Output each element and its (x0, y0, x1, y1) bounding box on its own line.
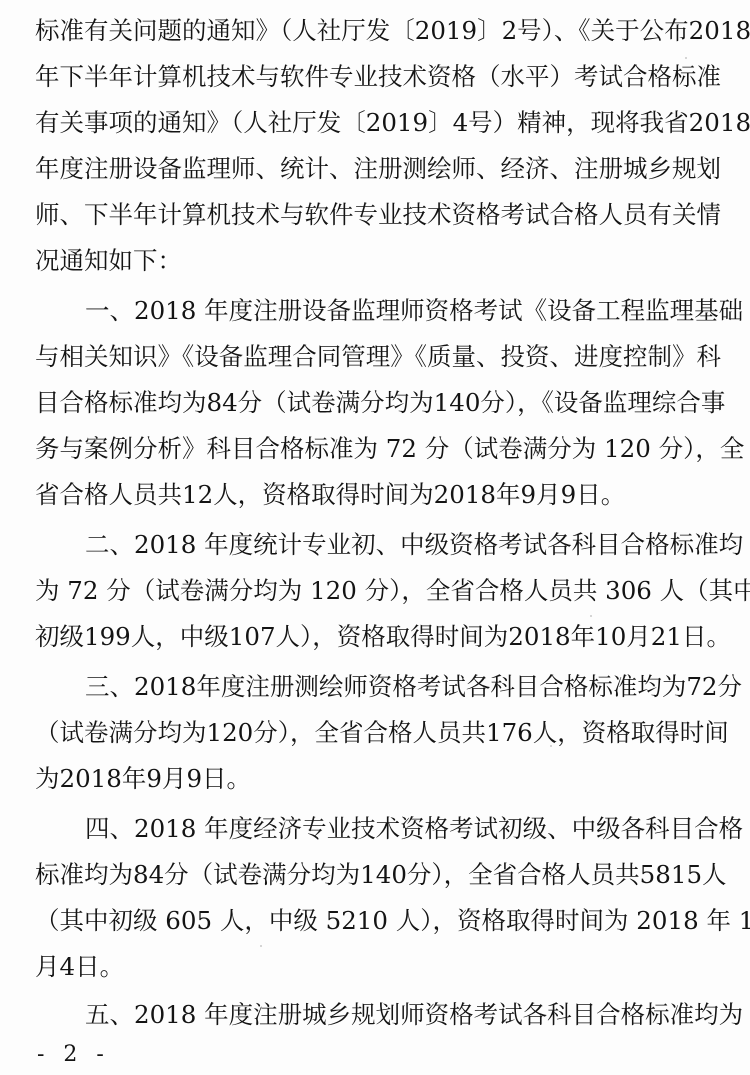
text-line: 况通知如下： (35, 246, 719, 276)
text-line: 年下半年计算机技术与软件专业技术资格（水平）考试合格标准 (35, 62, 719, 92)
section-2-heading-line: 二、2018 年度统计专业初、中级资格考试各科目合格标准均 (85, 530, 719, 560)
scan-speck (550, 745, 552, 747)
text-line: 务与案例分析》科目合格标准为 72 分（试卷满分为 120 分），全 (35, 434, 719, 464)
scan-speck (590, 615, 592, 617)
scan-speck (685, 57, 687, 59)
scan-speck (260, 945, 262, 947)
text-line: 省合格人员共12人，资格取得时间为2018年9月9日。 (35, 480, 719, 510)
section-1-heading-line: 一、2018 年度注册设备监理师资格考试《设备工程监理基础 (85, 296, 719, 326)
text-line: 年度注册设备监理师、统计、注册测绘师、经济、注册城乡规划 (35, 154, 719, 184)
scan-speck (420, 170, 422, 172)
text-line: 师、下半年计算机技术与软件专业技术资格考试合格人员有关情 (35, 200, 719, 230)
text-line: （其中初级 605 人，中级 5210 人），资格取得时间为 2018 年 11 (35, 906, 719, 936)
text-line: 为 72 分（试卷满分均为 120 分），全省合格人员共 306 人（其中 (35, 576, 719, 606)
text-line: 有关事项的通知》（人社厅发〔2019〕4号）精神，现将我省2018 (35, 108, 719, 138)
section-5-heading-line: 五、2018 年度注册城乡规划师资格考试各科目合格标准均为 (85, 1000, 719, 1030)
text-line: 为2018年9月9日。 (35, 764, 719, 794)
text-line: 标准均为84分（试卷满分均为140分），全省合格人员共5815人 (35, 860, 719, 890)
text-line: 标准有关问题的通知》（人社厅发〔2019〕2号）、《关于公布2018 (35, 16, 719, 46)
scan-speck (560, 318, 562, 320)
section-4-heading-line: 四、2018 年度经济专业技术资格考试初级、中级各科目合格 (85, 814, 719, 844)
text-line: 目合格标准均为84分（试卷满分均为140分），《设备监理综合事 (35, 388, 719, 418)
document-page: 标准有关问题的通知》（人社厅发〔2019〕2号）、《关于公布2018 年下半年计… (0, 0, 750, 1075)
text-line: （试卷满分均为120分），全省合格人员共176人，资格取得时间 (35, 718, 719, 748)
text-line: 月4日。 (35, 952, 719, 982)
text-line: 初级199人，中级107人），资格取得时间为2018年10月21日。 (35, 622, 719, 652)
page-number: - 2 - (37, 1042, 110, 1068)
text-line: 与相关知识》《设备监理合同管理》《质量、投资、进度控制》科 (35, 342, 719, 372)
section-3-heading-line: 三、2018年度注册测绘师资格考试各科目合格标准均为72分 (85, 672, 719, 702)
